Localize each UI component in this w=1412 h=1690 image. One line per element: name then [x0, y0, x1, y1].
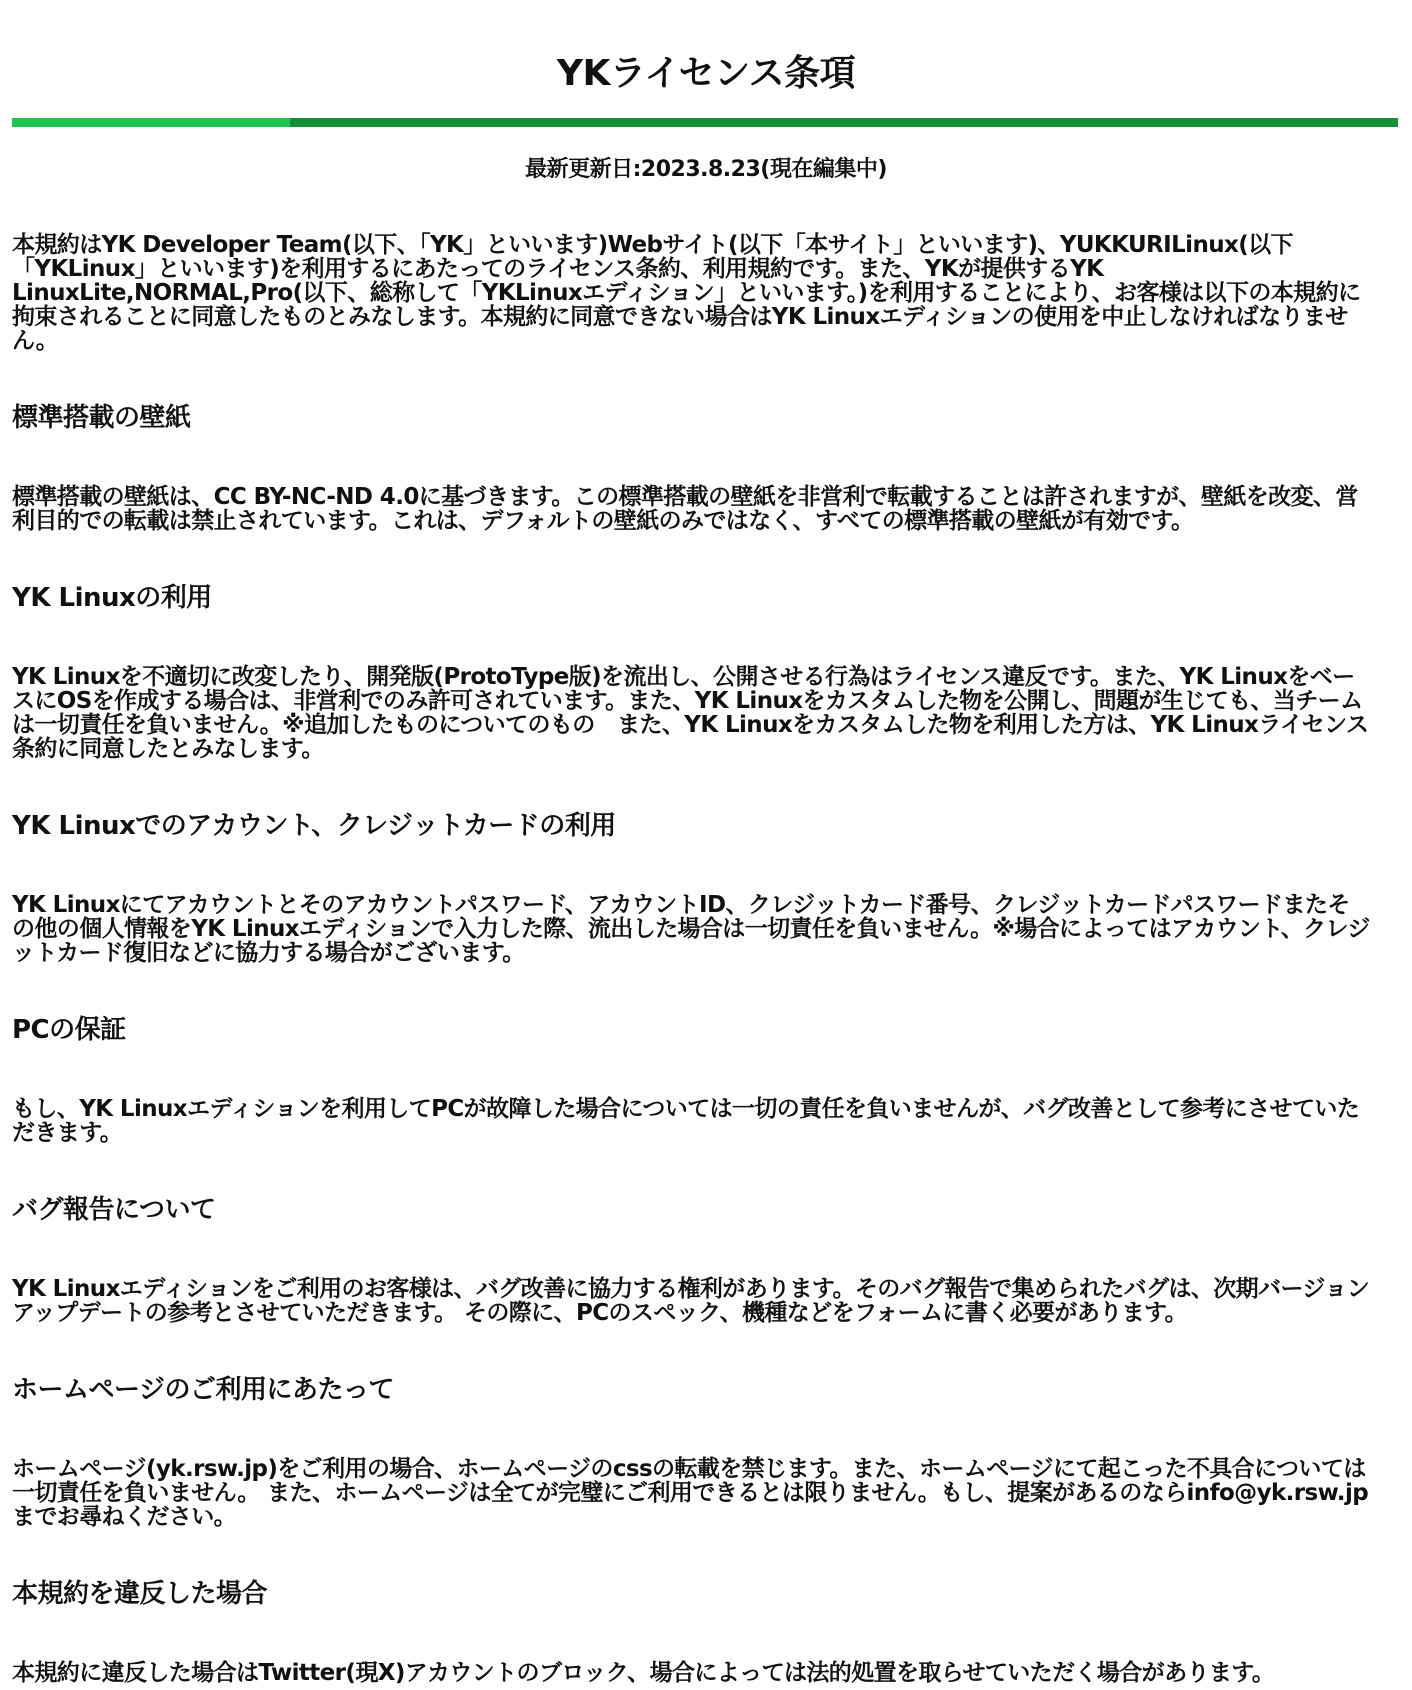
section-heading: バグ報告について	[12, 1193, 1400, 1227]
page-title: YKライセンス条項	[12, 0, 1400, 118]
section-pc-warranty: PCの保証 もし、YK Linuxエディションを利用してPCが故障した場合につい…	[12, 1013, 1400, 1145]
section-heading: PCの保証	[12, 1013, 1400, 1047]
section-body: もし、YK Linuxエディションを利用してPCが故障した場合については一切の責…	[12, 1097, 1372, 1145]
section-heading: 本規約を違反した場合	[12, 1577, 1400, 1611]
section-body: YK Linuxにてアカウントとそのアカウントパスワード、アカウントID、クレジ…	[12, 893, 1372, 965]
section-body: YK Linuxエディションをご利用のお客様は、バグ改善に協力する権利があります…	[12, 1277, 1372, 1325]
section-heading: YK Linuxでのアカウント、クレジットカードの利用	[12, 809, 1400, 843]
section-yk-linux-usage: YK Linuxの利用 YK Linuxを不適切に改変したり、開発版(Proto…	[12, 581, 1400, 761]
section-body: 本規約に違反した場合はTwitter(現X)アカウントのブロック、場合によっては…	[12, 1661, 1372, 1685]
section-violation: 本規約を違反した場合 本規約に違反した場合はTwitter(現X)アカウントのブ…	[12, 1577, 1400, 1685]
section-heading: 標準搭載の壁紙	[12, 401, 1400, 435]
license-page: YKライセンス条項 最新更新日:2023.8.23(現在編集中) 本規約はYK …	[0, 0, 1412, 1685]
section-heading: YK Linuxの利用	[12, 581, 1400, 615]
section-homepage-usage: ホームページのご利用にあたって ホームページ(yk.rsw.jp)をご利用の場合…	[12, 1373, 1400, 1529]
section-body: 標準搭載の壁紙は、CC BY-NC-ND 4.0に基づきます。この標準搭載の壁紙…	[12, 485, 1372, 533]
section-account-credit-card: YK Linuxでのアカウント、クレジットカードの利用 YK Linuxにてアカ…	[12, 809, 1400, 965]
last-updated-date: 最新更新日:2023.8.23(現在編集中)	[12, 155, 1400, 185]
title-bar-main-segment	[290, 118, 1398, 127]
title-underline-bar	[12, 118, 1398, 127]
intro-paragraph: 本規約はYK Developer Team(以下、「YK」といいます)Webサイ…	[12, 233, 1372, 353]
section-heading: ホームページのご利用にあたって	[12, 1373, 1400, 1407]
section-body: ホームページ(yk.rsw.jp)をご利用の場合、ホームページのcssの転載を禁…	[12, 1457, 1372, 1529]
section-body: YK Linuxを不適切に改変したり、開発版(ProtoType版)を流出し、公…	[12, 665, 1372, 761]
title-bar-accent-segment	[12, 118, 290, 127]
section-wallpaper: 標準搭載の壁紙 標準搭載の壁紙は、CC BY-NC-ND 4.0に基づきます。こ…	[12, 401, 1400, 533]
section-bug-report: バグ報告について YK Linuxエディションをご利用のお客様は、バグ改善に協力…	[12, 1193, 1400, 1325]
